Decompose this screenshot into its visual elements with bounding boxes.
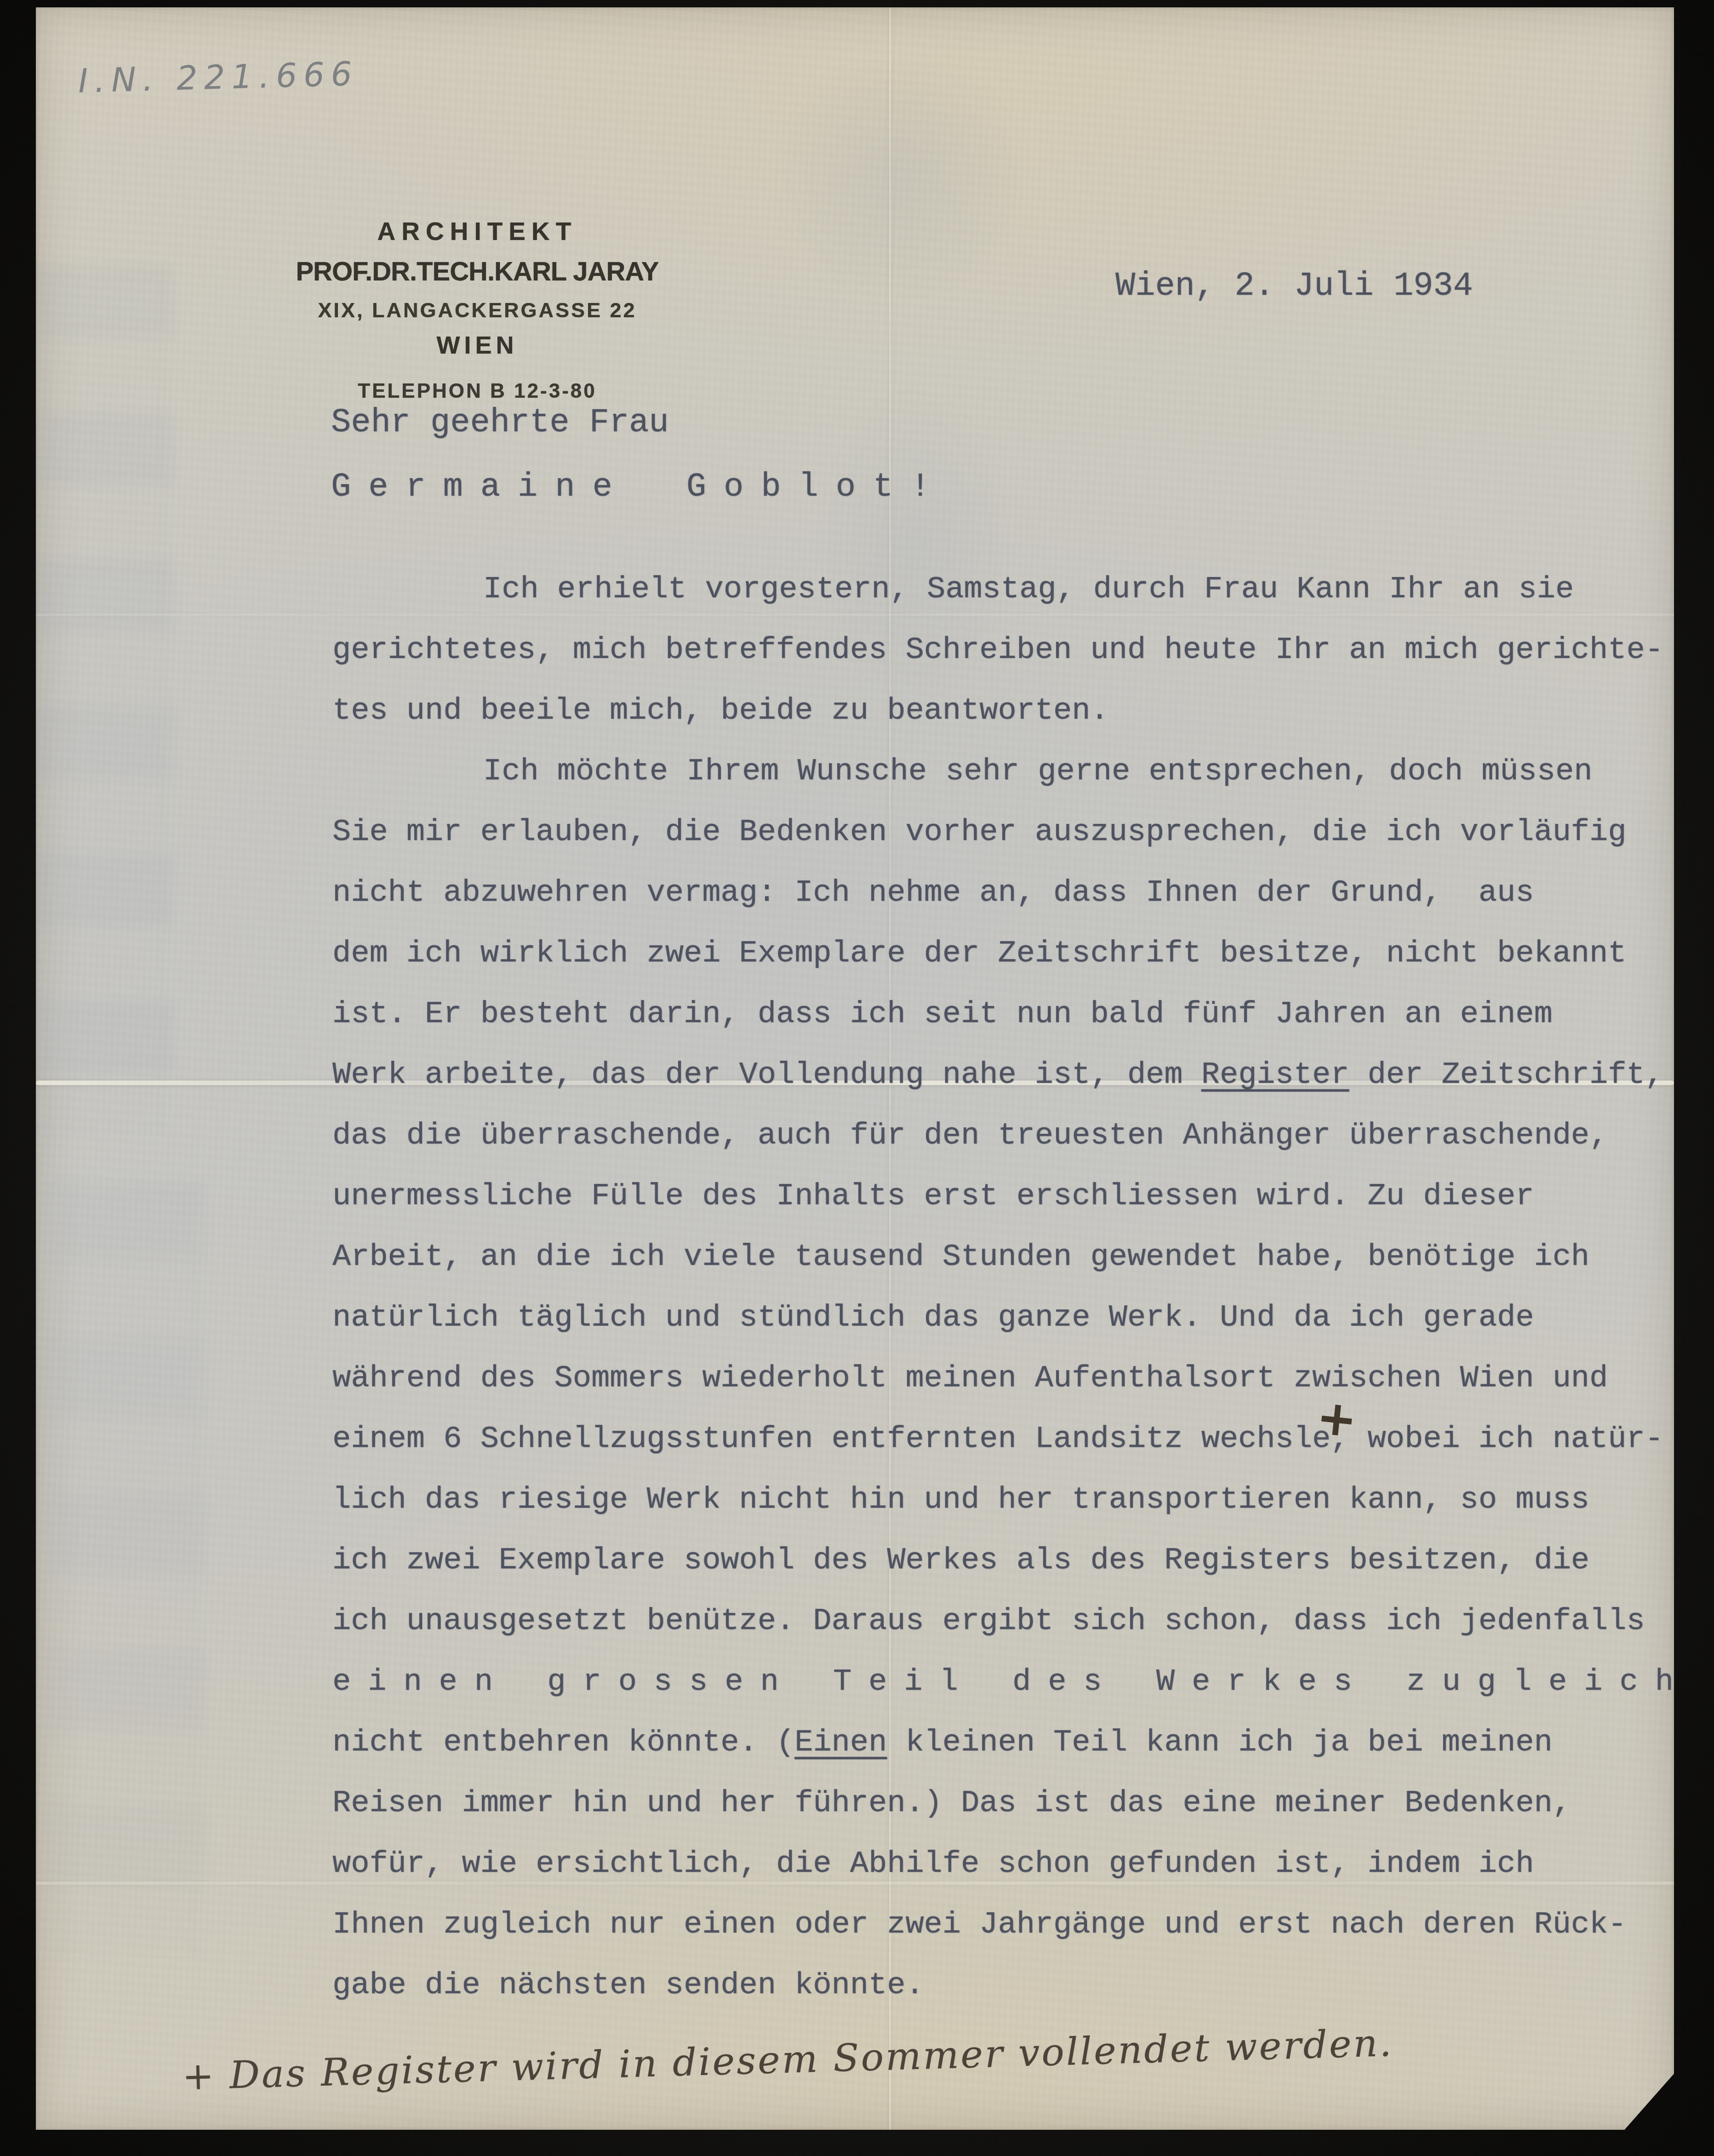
salutation-line1: Sehr geehrte Frau bbox=[331, 404, 669, 441]
typed-line: Sie mir erlauben, die Bedenken vorher au… bbox=[332, 802, 1693, 863]
bleed-through-ghost bbox=[36, 265, 174, 1138]
typed-line: Ich möchte Ihrem Wunsche sehr gerne ents… bbox=[332, 741, 1693, 802]
typed-line: Arbeit, an die ich viele tausend Stunden… bbox=[332, 1227, 1693, 1287]
typed-line: ich zwei Exemplare sowohl des Werkes als… bbox=[332, 1530, 1693, 1591]
folded-corner bbox=[1620, 2071, 1674, 2130]
typed-line: dem ich wirklich zwei Exemplare der Zeit… bbox=[332, 923, 1693, 984]
typed-line: nicht entbehren könnte. (Einen kleinen T… bbox=[332, 1712, 1693, 1773]
typed-line: gabe die nächsten senden könnte. bbox=[332, 1955, 1693, 2016]
typed-line: gerichtetes, mich betreffendes Schreiben… bbox=[332, 620, 1693, 681]
typed-line: Reisen immer hin und her führen.) Das is… bbox=[332, 1773, 1693, 1834]
typed-line: Ihnen zugleich nur einen oder zwei Jahrg… bbox=[332, 1894, 1693, 1955]
typed-line: lich das riesige Werk nicht hin und her … bbox=[332, 1470, 1693, 1530]
typed-line: unermessliche Fülle des Inhalts erst ers… bbox=[332, 1166, 1693, 1227]
insertion-mark: + bbox=[1314, 1389, 1360, 1448]
dateline: Wien, 2. Juli 1934 bbox=[1115, 267, 1473, 305]
letterhead: ARCHITEKT PROF.DR.TECH.KARL JARAY XIX, L… bbox=[291, 217, 663, 403]
typed-line: das die überraschende, auch für den treu… bbox=[332, 1105, 1693, 1166]
typed-line: nicht abzuwehren vermag: Ich nehme an, d… bbox=[332, 863, 1693, 923]
bleed-through-ghost bbox=[781, 67, 1020, 306]
handwritten-footnote: + Das Register wird in diesem Sommer vol… bbox=[182, 2020, 1447, 2099]
bleed-through-ghost bbox=[50, 1180, 206, 1962]
typed-line: natürlich täglich und stündlich das ganz… bbox=[332, 1287, 1693, 1348]
letterhead-city: WIEN bbox=[291, 331, 663, 360]
archival-inventory-number: I.N. 221.666 bbox=[78, 54, 359, 100]
typed-line: einen grossen Teil des Werkes zugleich bbox=[332, 1652, 1693, 1712]
typed-line: wofür, wie ersichtlich, die Abhilfe scho… bbox=[332, 1834, 1693, 1894]
letterhead-profession: ARCHITEKT bbox=[291, 217, 663, 246]
salutation-line2: Germaine Goblot! bbox=[331, 468, 948, 506]
letter-paper: I.N. 221.666 ARCHITEKT PROF.DR.TECH.KARL… bbox=[36, 7, 1674, 2130]
typed-line: einem 6 Schnellzugsstunfen entfernten La… bbox=[332, 1409, 1693, 1470]
underlined-word: Register bbox=[1201, 1058, 1349, 1092]
typed-line: Werk arbeite, das der Vollendung nahe is… bbox=[332, 1045, 1693, 1105]
typed-line: Ich erhielt vorgestern, Samstag, durch F… bbox=[332, 559, 1693, 620]
typed-body: Ich erhielt vorgestern, Samstag, durch F… bbox=[332, 559, 1693, 2016]
typed-line: tes und beeile mich, beide zu beantworte… bbox=[332, 681, 1693, 741]
underlined-word: Einen bbox=[794, 1725, 887, 1760]
typed-line: ich unausgesetzt benütze. Daraus ergibt … bbox=[332, 1591, 1693, 1652]
letterhead-name: PROF.DR.TECH.KARL JARAY bbox=[291, 256, 663, 287]
typed-line: ist. Er besteht darin, dass ich seit nun… bbox=[332, 984, 1693, 1045]
letterhead-address: XIX, LANGACKERGASSE 22 bbox=[291, 298, 663, 322]
typed-line: während des Sommers wiederholt meinen Au… bbox=[332, 1348, 1693, 1409]
scanned-letter-page: { "archival_note": "I.N. 221.666", "lett… bbox=[0, 0, 1714, 2156]
letterhead-phone: TELEPHON B 12-3-80 bbox=[291, 380, 663, 403]
